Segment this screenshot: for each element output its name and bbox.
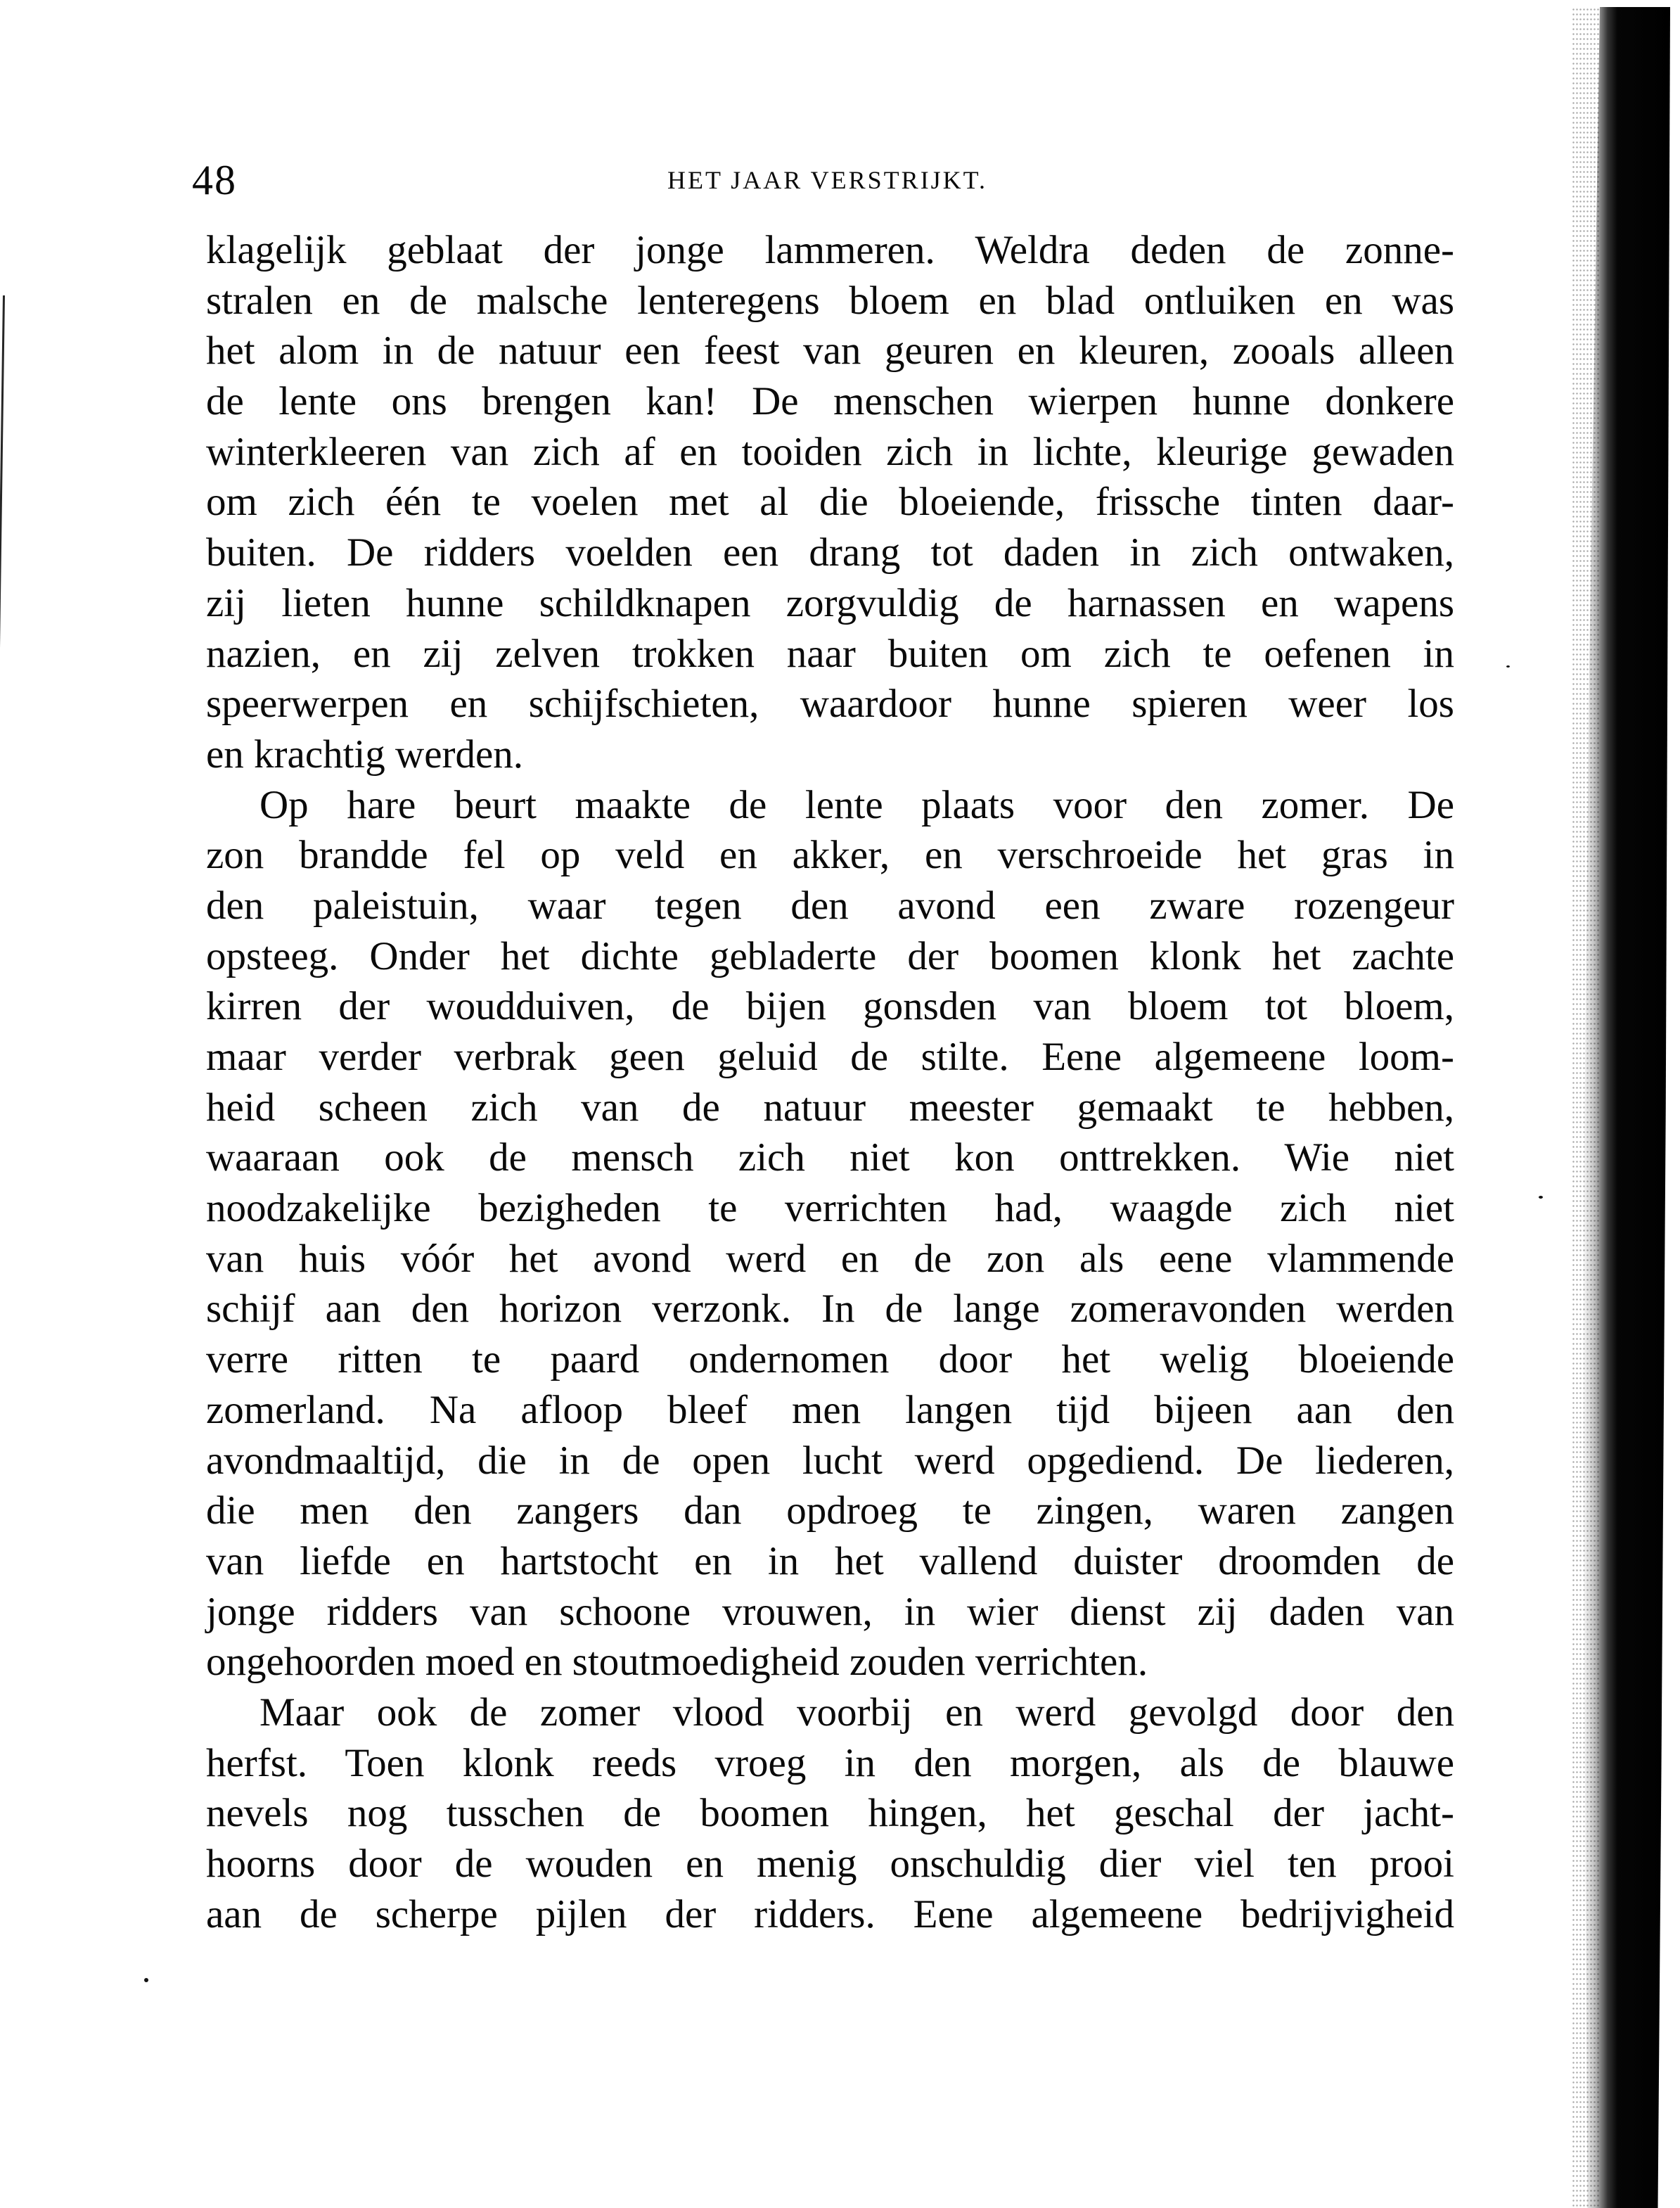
paragraph-start-line: Op hare beurt maakte de lente plaats voo… xyxy=(206,780,1454,831)
paragraph-start-line: Maar ook de zomer vlood voorbij en werd … xyxy=(206,1687,1454,1738)
text-line: heid scheen zich van de natuur meester g… xyxy=(206,1083,1454,1133)
text-line: zomerland. Na afloop bleef men langen ti… xyxy=(206,1385,1454,1436)
text-line: het alom in de natuur een feest van geur… xyxy=(206,326,1454,376)
running-head: 48 HET JAAR VERSTRIJKT. xyxy=(192,146,1454,210)
text-line: van huis vóór het avond werd en de zon a… xyxy=(206,1234,1454,1284)
text-line: winterkleeren van zich af en tooiden zic… xyxy=(206,427,1454,478)
text-line: kirren der woudduiven, de bijen gonsden … xyxy=(206,981,1454,1032)
text-line: nevels nog tusschen de boomen hingen, he… xyxy=(206,1788,1454,1839)
text-line: aan de scherpe pijlen der ridders. Eene … xyxy=(206,1889,1454,1940)
scanned-book-page: 48 HET JAAR VERSTRIJKT. klagelijk geblaa… xyxy=(0,0,1680,2208)
text-line: maar verder verbrak geen geluid de stilt… xyxy=(206,1032,1454,1083)
scan-speck xyxy=(144,1978,148,1982)
text-line: opsteeg. Onder het dichte gebladerte der… xyxy=(206,931,1454,982)
text-line: herfst. Toen klonk reeds vroeg in den mo… xyxy=(206,1738,1454,1789)
paragraph-end-line: ongehoorden moed en stoutmoedigheid zoud… xyxy=(206,1637,1454,1687)
text-line: de lente ons brengen kan! De menschen wi… xyxy=(206,376,1454,427)
scan-speck xyxy=(1506,665,1510,668)
text-line: stralen en de malsche lenteregens bloem … xyxy=(206,276,1454,326)
chapter-title: HET JAAR VERSTRIJKT. xyxy=(192,159,1454,201)
text-line: avondmaaltijd, die in de open lucht werd… xyxy=(206,1436,1454,1486)
text-line: verre ritten te paard ondernomen door he… xyxy=(206,1334,1454,1385)
text-line: om zich één te voelen met al die bloeien… xyxy=(206,477,1454,528)
binding-shadow xyxy=(1582,7,1670,2208)
text-line: buiten. De ridders voelden een drang tot… xyxy=(206,528,1454,578)
text-line: schijf aan den horizon verzonk. In de la… xyxy=(206,1284,1454,1334)
paragraph-end-line: en krachtig werden. xyxy=(206,729,1454,780)
body-text: klagelijk geblaat der jonge lammeren. We… xyxy=(206,225,1454,1939)
text-line: hoorns door de wouden en menig onschuldi… xyxy=(206,1839,1454,1889)
text-line: waaraan ook de mensch zich niet kon ontt… xyxy=(206,1132,1454,1183)
text-line: jonge ridders van schoone vrouwen, in wi… xyxy=(206,1587,1454,1638)
text-line: speerwerpen en schijfschieten, waardoor … xyxy=(206,679,1454,729)
scan-speck xyxy=(1539,1196,1543,1199)
text-line: nazien, en zij zelven trokken naar buite… xyxy=(206,629,1454,679)
text-line: zij lieten hunne schildknapen zorgvuldig… xyxy=(206,578,1454,629)
text-line: van liefde en hartstocht en in het valle… xyxy=(206,1536,1454,1587)
text-line: zon brandde fel op veld en akker, en ver… xyxy=(206,830,1454,881)
text-line: klagelijk geblaat der jonge lammeren. We… xyxy=(206,225,1454,276)
text-line: noodzakelijke bezigheden te verrichten h… xyxy=(206,1183,1454,1234)
text-line: die men den zangers dan opdroeg te zinge… xyxy=(206,1486,1454,1536)
text-line: den paleistuin, waar tegen den avond een… xyxy=(206,881,1454,931)
page-edge-line xyxy=(0,295,5,2195)
